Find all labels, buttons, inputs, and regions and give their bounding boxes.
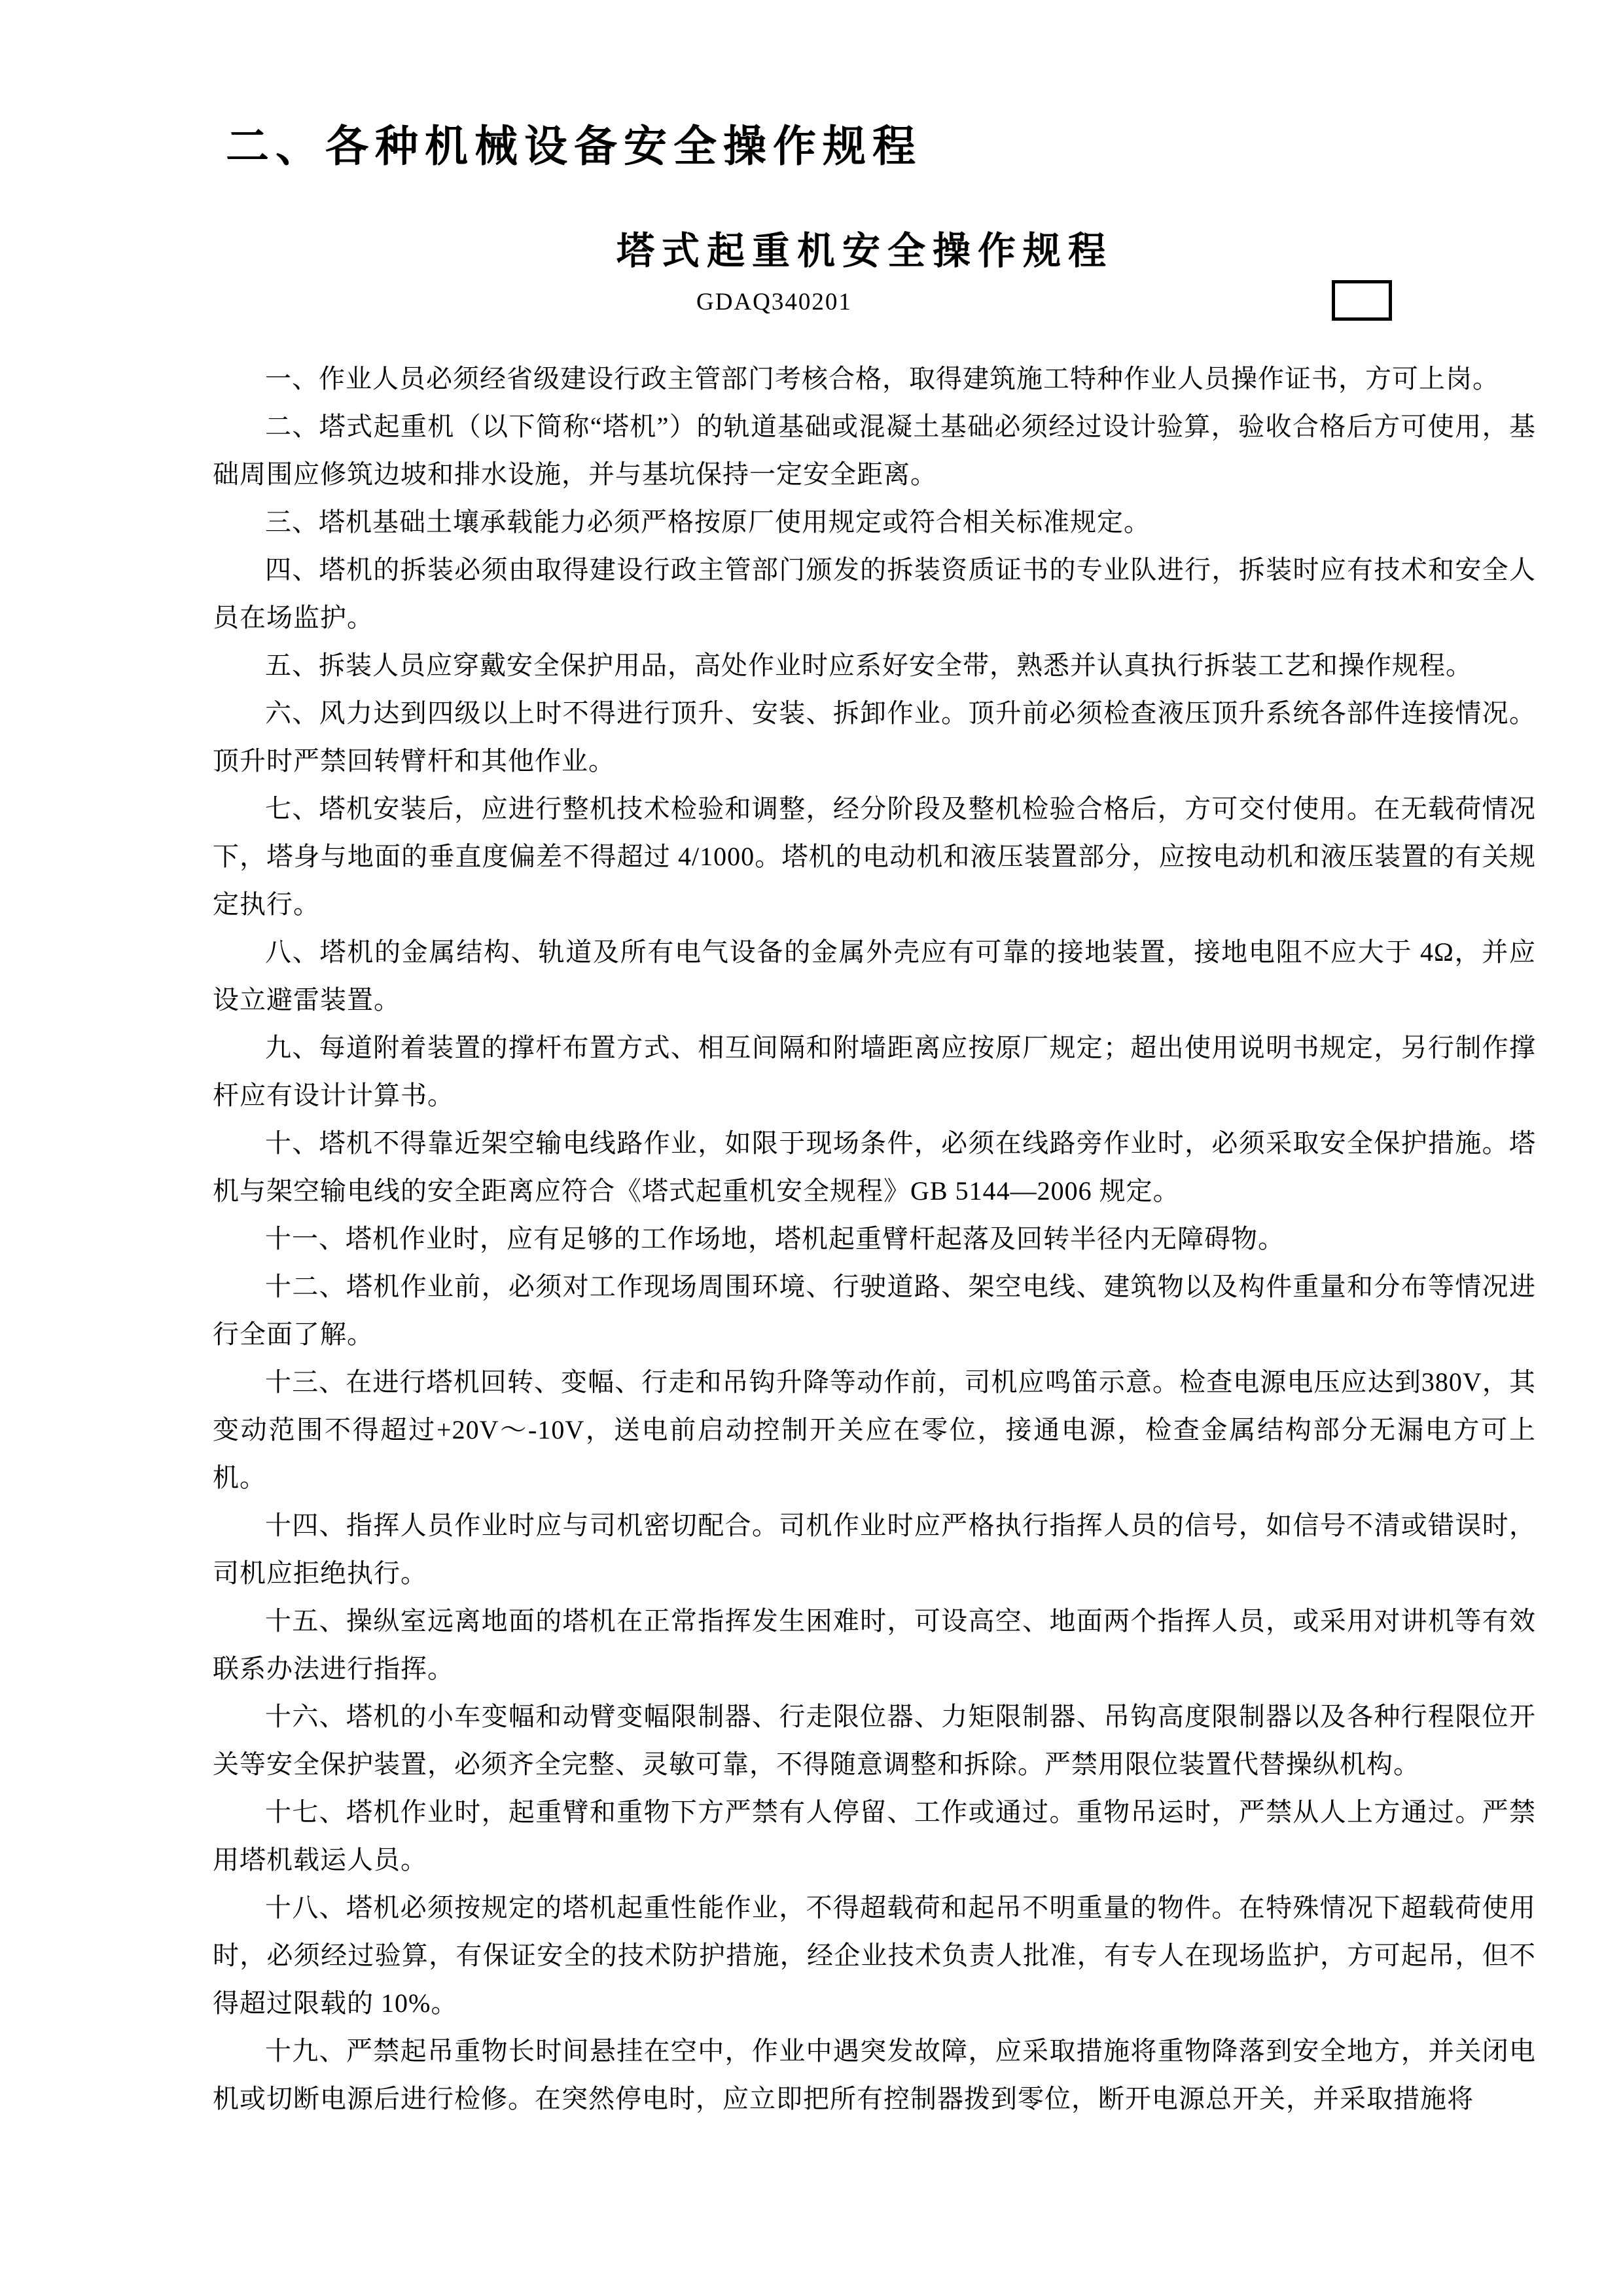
regulation-paragraph: 四、塔机的拆装必须由取得建设行政主管部门颁发的拆装资质证书的专业队进行，拆装时应… <box>213 546 1536 641</box>
document-code: GDAQ340201 <box>696 288 852 316</box>
regulation-paragraph: 八、塔机的金属结构、轨道及所有电气设备的金属外壳应有可靠的接地装置，接地电阻不应… <box>213 928 1536 1024</box>
regulation-paragraph: 十五、操纵室远离地面的塔机在正常指挥发生困难时，可设高空、地面两个指挥人员，或采… <box>213 1597 1536 1693</box>
regulation-paragraph: 十四、指挥人员作业时应与司机密切配合。司机作业时应严格执行指挥人员的信号，如信号… <box>213 1501 1536 1597</box>
regulation-paragraph: 五、拆装人员应穿戴安全保护用品，高处作业时应系好安全带，熟悉并认真执行拆装工艺和… <box>213 641 1536 689</box>
document-title: 塔式起重机安全操作规程 <box>616 220 1113 275</box>
regulation-paragraph: 十一、塔机作业时，应有足够的工作场地，塔机起重臂杆起落及回转半径内无障碍物。 <box>213 1215 1536 1263</box>
regulations-list: 一、作业人员必须经省级建设行政主管部门考核合格，取得建筑施工特种作业人员操作证书… <box>213 355 1536 2123</box>
regulation-paragraph: 十三、在进行塔机回转、变幅、行走和吊钩升降等动作前，司机应鸣笛示意。检查电源电压… <box>213 1358 1536 1501</box>
regulation-paragraph: 十、塔机不得靠近架空输电线路作业，如限于现场条件，必须在线路旁作业时，必须采取安… <box>213 1119 1536 1215</box>
regulation-paragraph: 十六、塔机的小车变幅和动臂变幅限制器、行走限位器、力矩限制器、吊钩高度限制器以及… <box>213 1693 1536 1788</box>
document-page: 二、各种机械设备安全操作规程 塔式起重机安全操作规程 GDAQ340201 一、… <box>0 0 1623 2296</box>
regulation-paragraph: 十八、塔机必须按规定的塔机起重性能作业，不得超载荷和起吊不明重量的物件。在特殊情… <box>213 1884 1536 2027</box>
regulation-paragraph: 九、每道附着装置的撑杆布置方式、相互间隔和附墙距离应按原厂规定；超出使用说明书规… <box>213 1024 1536 1119</box>
regulation-paragraph: 十九、严禁起吊重物长时间悬挂在空中，作业中遇突发故障，应采取措施将重物降落到安全… <box>213 2027 1536 2123</box>
regulation-paragraph: 三、塔机基础土壤承载能力必须严格按原厂使用规定或符合相关标准规定。 <box>213 498 1536 546</box>
section-title: 二、各种机械设备安全操作规程 <box>226 111 922 173</box>
regulation-paragraph: 十二、塔机作业前，必须对工作现场周围环境、行驶道路、架空电线、建筑物以及构件重量… <box>213 1263 1536 1358</box>
stamp-box <box>1332 280 1392 321</box>
regulation-paragraph: 十七、塔机作业时，起重臂和重物下方严禁有人停留、工作或通过。重物吊运时，严禁从人… <box>213 1788 1536 1884</box>
regulation-paragraph: 七、塔机安装后，应进行整机技术检验和调整，经分阶段及整机检验合格后，方可交付使用… <box>213 785 1536 928</box>
regulation-paragraph: 一、作业人员必须经省级建设行政主管部门考核合格，取得建筑施工特种作业人员操作证书… <box>213 355 1536 403</box>
regulation-paragraph: 六、风力达到四级以上时不得进行顶升、安装、拆卸作业。顶升前必须检查液压顶升系统各… <box>213 689 1536 785</box>
regulation-paragraph: 二、塔式起重机（以下简称“塔机”）的轨道基础或混凝土基础必须经过设计验算，验收合… <box>213 403 1536 498</box>
